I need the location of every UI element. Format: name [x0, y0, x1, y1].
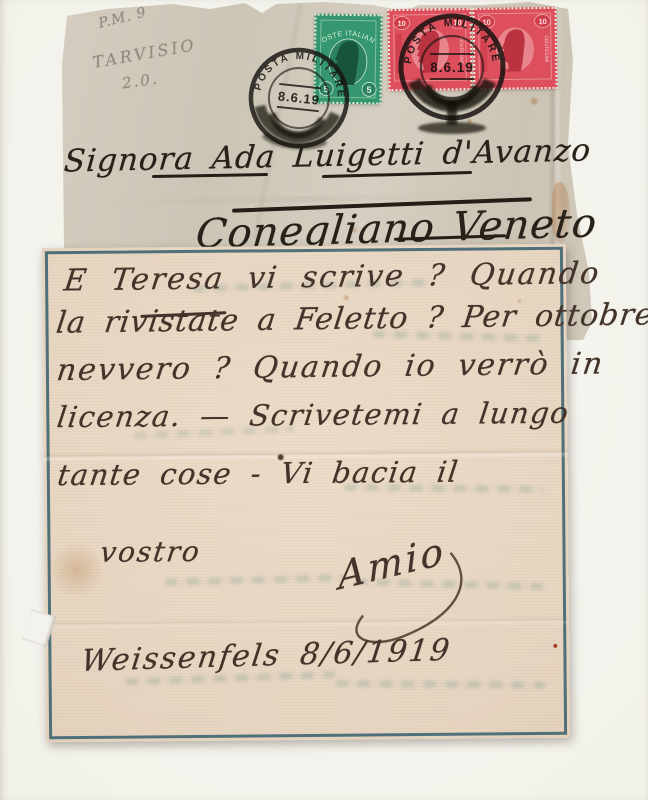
foxing-spot: [342, 294, 350, 302]
letter-dateline: Weissenfels 8/6/1919: [79, 633, 453, 679]
letter-line: la rivistate a Feletto ? Per ottobre: [54, 297, 648, 340]
svg-text:POSTA MILITARE: POSTA MILITARE: [402, 17, 502, 65]
postmark-ring-text: POSTA MILITARE: [402, 17, 502, 65]
show-through-writing: [336, 680, 546, 689]
scanned-postal-cover: P.M. 9 TARVISIO 2.0. POSTE ITALIANE 5 5: [0, 0, 648, 800]
letter-sheet: E Teresa vi scrive ? Quando la rivistate…: [42, 244, 570, 743]
postmark-date: 8.6.19: [430, 60, 474, 75]
letter-line: tante cose - Vi bacia il: [56, 455, 461, 493]
letter-line: nevvero ? Quando io verrò in: [55, 346, 607, 388]
red-speck: [553, 644, 557, 648]
military-postmark-center: 8.6.19 POSTA MILITARE: [396, 8, 508, 144]
stain: [46, 544, 106, 597]
stamp-red-value: 10: [538, 17, 546, 26]
postmark-date: 8.6.19: [277, 88, 320, 107]
letter-line: licenza. — Scrivetemi a lungo: [55, 396, 572, 435]
letter-line-vostro: vostro: [98, 535, 203, 569]
stamp-red-unit: CENTESIMI: [543, 35, 549, 62]
stamp-green-value-right: 5: [366, 85, 371, 95]
letter-line: E Teresa vi scrive ? Quando: [62, 256, 603, 299]
